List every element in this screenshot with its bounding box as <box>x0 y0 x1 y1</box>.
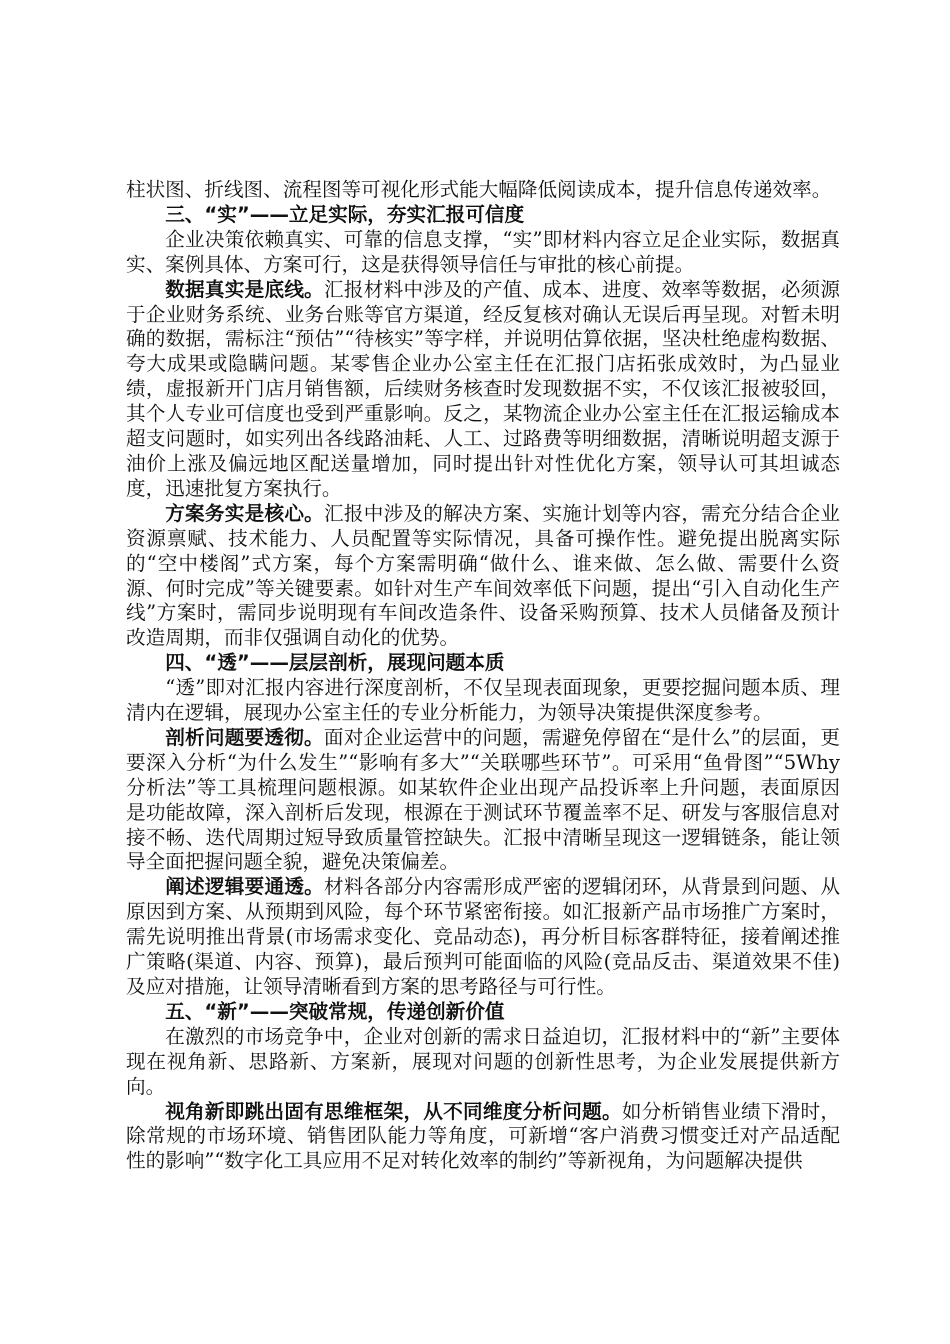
section-heading-4: 四、“透”——层层剖析，展现问题本质 <box>126 651 840 676</box>
paragraph-analysis: 剖析问题要透彻。面对企业运营中的问题，需避免停留在“是什么”的层面，更要深入分析… <box>126 726 840 875</box>
paragraph-logic: 阐述逻辑要通透。材料各部分内容需形成严密的逻辑闭环，从背景到问题、从原因到方案、… <box>126 875 840 1000</box>
paragraph-practical-plan: 方案务实是核心。汇报中涉及的解决方案、实施计划等内容，需充分结合企业资源禀赋、技… <box>126 502 840 651</box>
paragraph-data-accuracy: 数据真实是底线。汇报材料中涉及的产值、成本、进度、效率等数据，必须源于企业财务系… <box>126 278 840 502</box>
paragraph-lead: 阐述逻辑要通透。 <box>165 875 324 898</box>
paragraph-intro-shi: 企业决策依赖真实、可靠的信息支撑，“实”即材料内容立足企业实际，数据真实、案例具… <box>126 228 840 278</box>
section-heading-5: 五、“新”——突破常规，传递创新价值 <box>126 1000 840 1025</box>
paragraph-intro-xin: 在激烈的市场竞争中，企业对创新的需求日益迫切，汇报材料中的“新”主要体现在视角新… <box>126 1025 840 1100</box>
paragraph-text: 企业决策依赖真实、可靠的信息支撑，“实”即材料内容立足企业实际，数据真实、案例具… <box>126 228 840 276</box>
paragraph-intro-tou: “透”即对汇报内容进行深度剖析，不仅呈现表面现象，更要挖掘问题本质、理清内在逻辑… <box>126 676 840 726</box>
paragraph-text: “透”即对汇报内容进行深度剖析，不仅呈现表面现象，更要挖掘问题本质、理清内在逻辑… <box>126 676 840 724</box>
section-heading-3: 三、“实”——立足实际，夯实汇报可信度 <box>126 203 840 228</box>
paragraph-text: 柱状图、折线图、流程图等可视化形式能大幅降低阅读成本，提升信息传递效率。 <box>126 178 831 201</box>
paragraph-lead: 数据真实是底线。 <box>165 278 324 301</box>
document-page: 柱状图、折线图、流程图等可视化形式能大幅降低阅读成本，提升信息传递效率。 三、“… <box>126 178 840 1174</box>
paragraph-continuation: 柱状图、折线图、流程图等可视化形式能大幅降低阅读成本，提升信息传递效率。 <box>126 178 840 203</box>
paragraph-lead: 视角新即跳出固有思维框架，从不同维度分析问题。 <box>165 1100 622 1123</box>
paragraph-new-perspective: 视角新即跳出固有思维框架，从不同维度分析问题。如分析销售业绩下滑时，除常规的市场… <box>126 1100 840 1175</box>
paragraph-lead: 剖析问题要透彻。 <box>165 726 324 749</box>
paragraph-lead: 方案务实是核心。 <box>165 502 324 525</box>
paragraph-text: 在激烈的市场竞争中，企业对创新的需求日益迫切，汇报材料中的“新”主要体现在视角新… <box>126 1025 840 1098</box>
paragraph-text: 汇报材料中涉及的产值、成本、进度、效率等数据，必须源于企业财务系统、业务台账等官… <box>126 278 840 500</box>
